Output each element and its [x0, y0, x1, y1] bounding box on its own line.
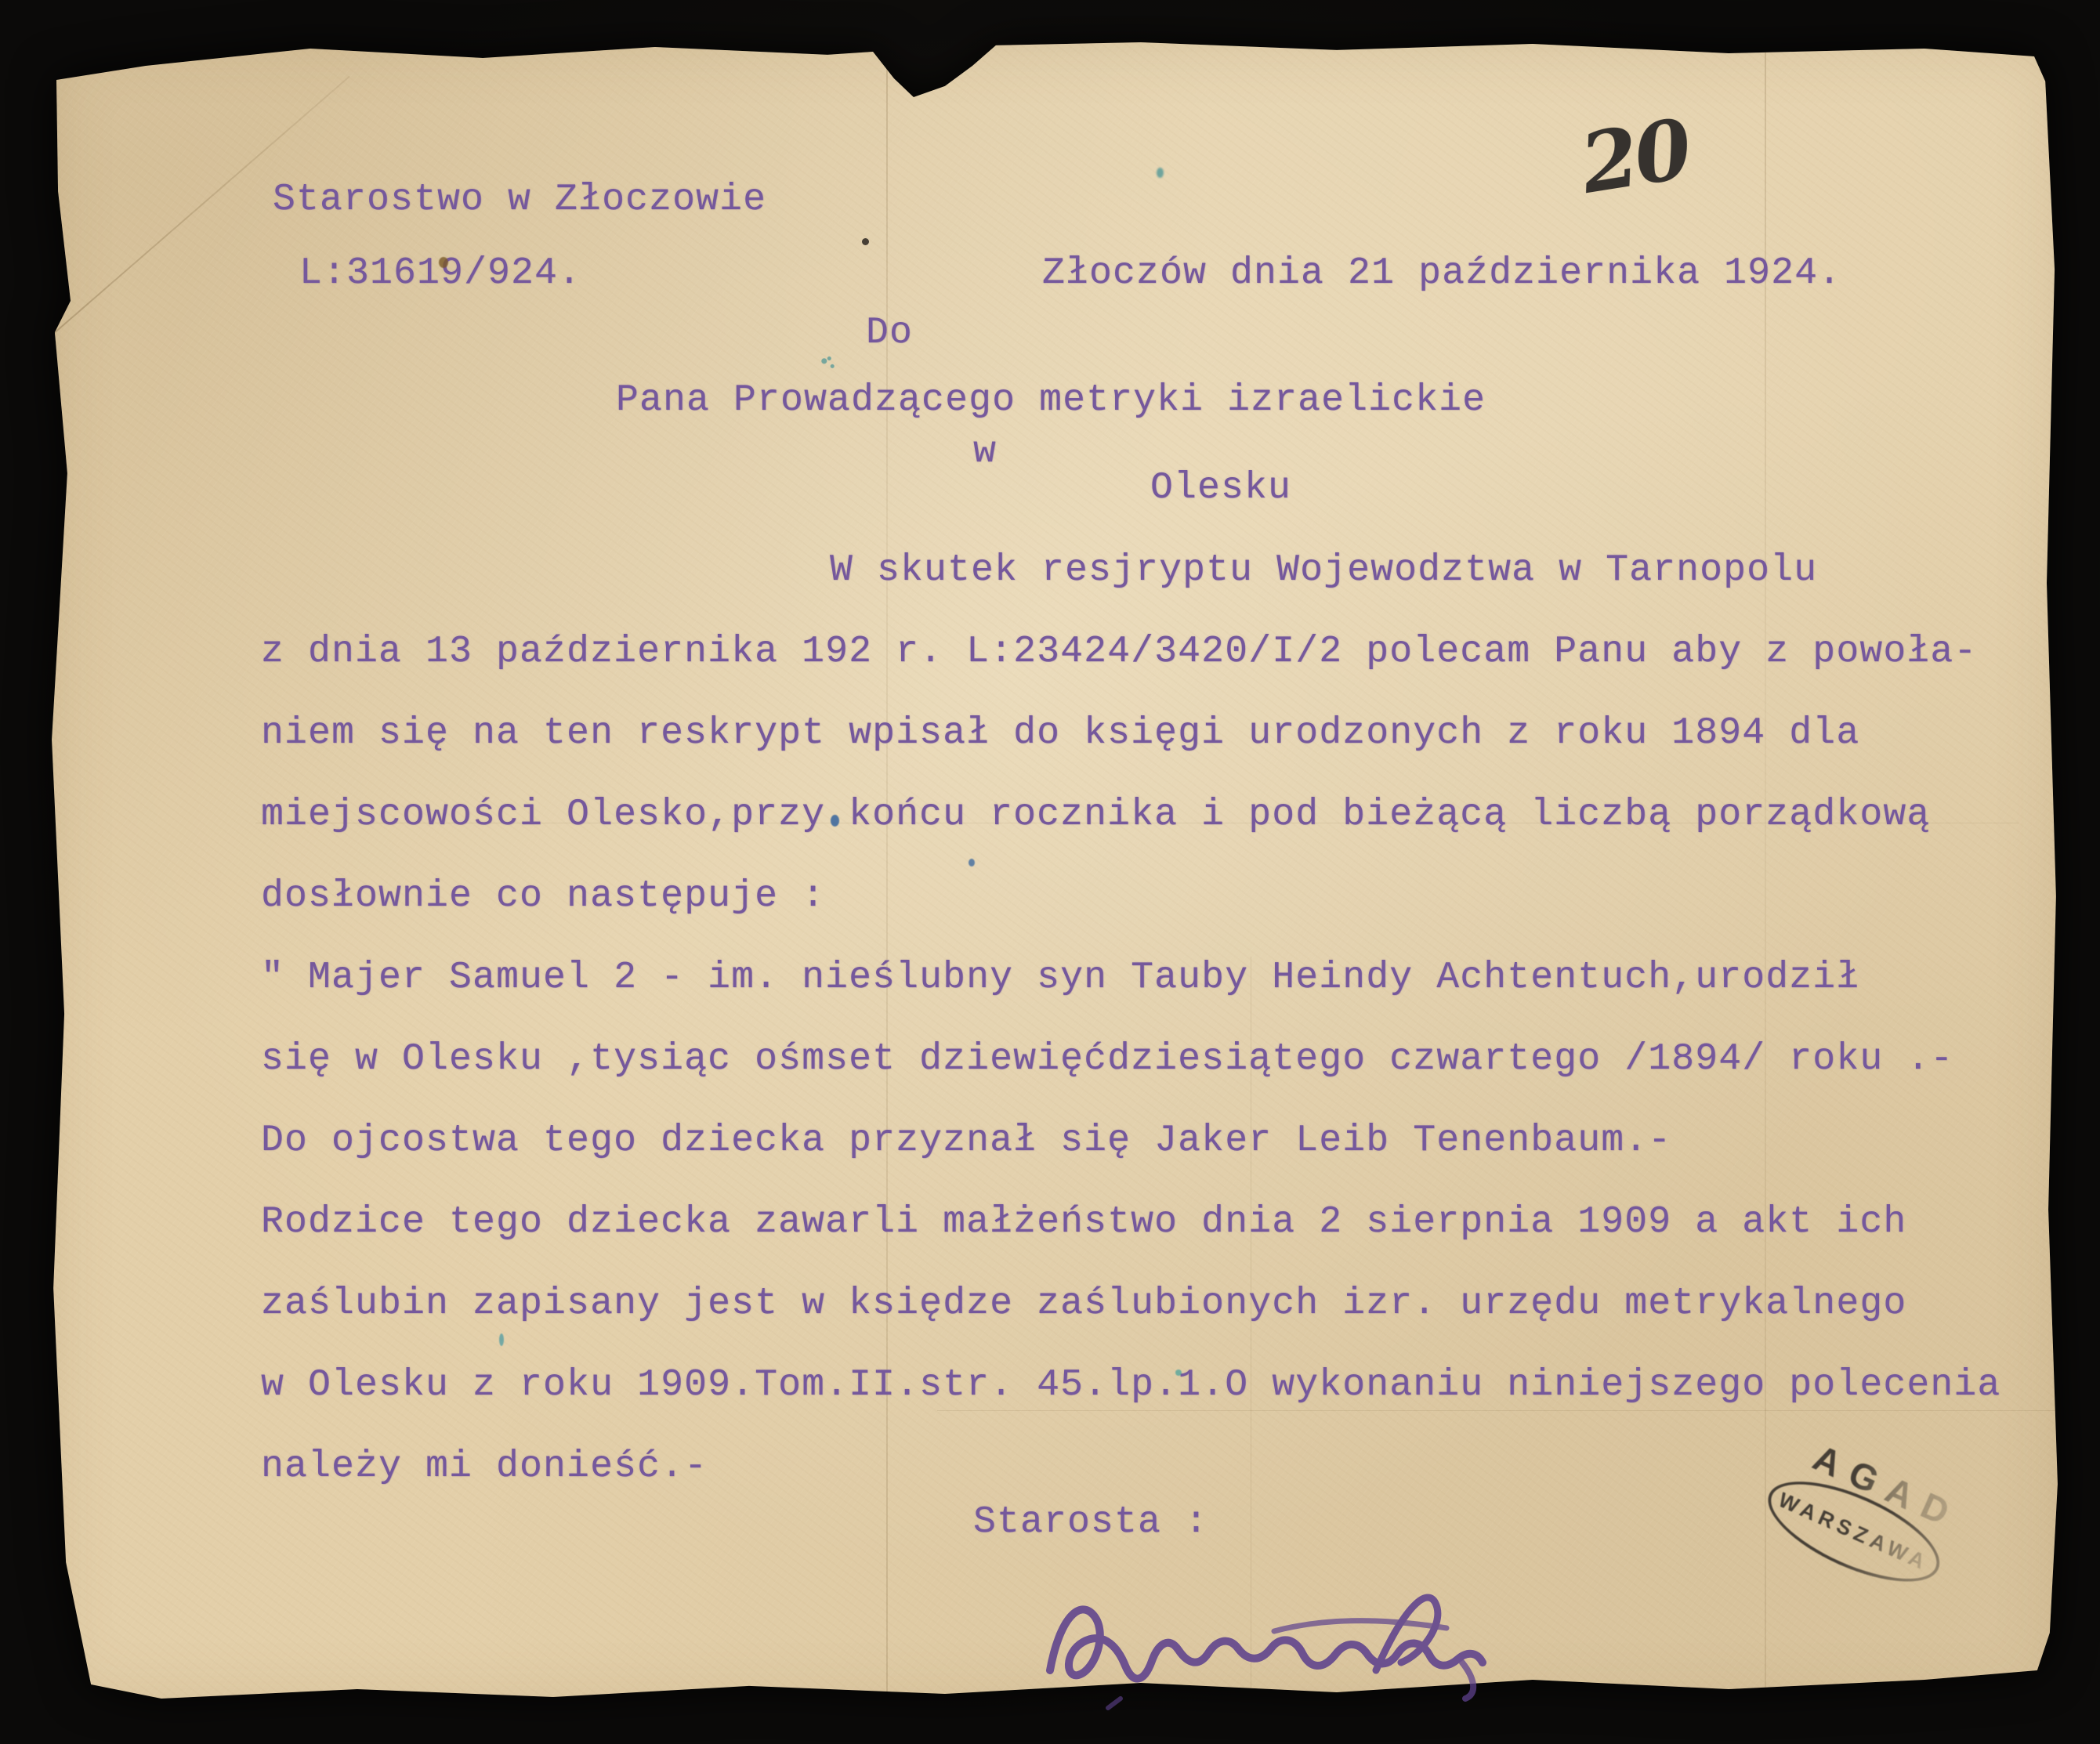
recipient-salutation: Do [866, 312, 913, 354]
body-line: się w Olesku ,tysiąc ośmset dziewięćdzie… [261, 1019, 2000, 1100]
body-line: z dnia 13 października 192 r. L:23424/34… [261, 611, 2000, 693]
letterhead-office: Starostwo w Złoczowie [273, 179, 766, 221]
archival-scan-background: Starostwo w Złoczowie L:31619/924. Złocz… [0, 0, 2100, 1744]
reference-number: L:31619/924. [299, 252, 581, 295]
letter-body: W skutek resjryptu Wojewodztwa w Tarnopo… [261, 530, 2000, 1507]
recipient-addressee: Pana Prowadzącego metryki izraelickie [616, 379, 1486, 422]
closing-title: Starosta : [973, 1501, 1208, 1543]
body-line: dosłownie co następuje : [261, 856, 2000, 937]
body-line: w Olesku z roku 1909.Tom.II.str. 45.lp.1… [261, 1344, 2000, 1426]
body-line: Rodzice tego dziecka zawarli małżeństwo … [261, 1181, 2000, 1263]
recipient-place: Olesku [1150, 467, 1291, 509]
body-line: Do ojcostwa tego dziecka przyznał się Ja… [261, 1100, 2000, 1181]
body-line: miejscowości Olesko,przy końcu rocznika … [261, 774, 2000, 856]
body-line: niem się na ten reskrypt wpisał do księg… [261, 693, 2000, 774]
body-line: zaślubin zapisany jest w księdze zaślubi… [261, 1263, 2000, 1344]
dateline: Złoczów dnia 21 października 1924. [1042, 252, 1841, 295]
handwritten-signature [1039, 1553, 1494, 1717]
body-line: " Majer Samuel 2 - im. nieślubny syn Tau… [261, 937, 2000, 1019]
recipient-preposition: w [973, 431, 997, 473]
body-line: należy mi donieść.- [261, 1426, 2000, 1507]
handwritten-page-number: 20 [1574, 100, 1695, 212]
body-line: W skutek resjryptu Wojewodztwa w Tarnopo… [261, 530, 2000, 611]
